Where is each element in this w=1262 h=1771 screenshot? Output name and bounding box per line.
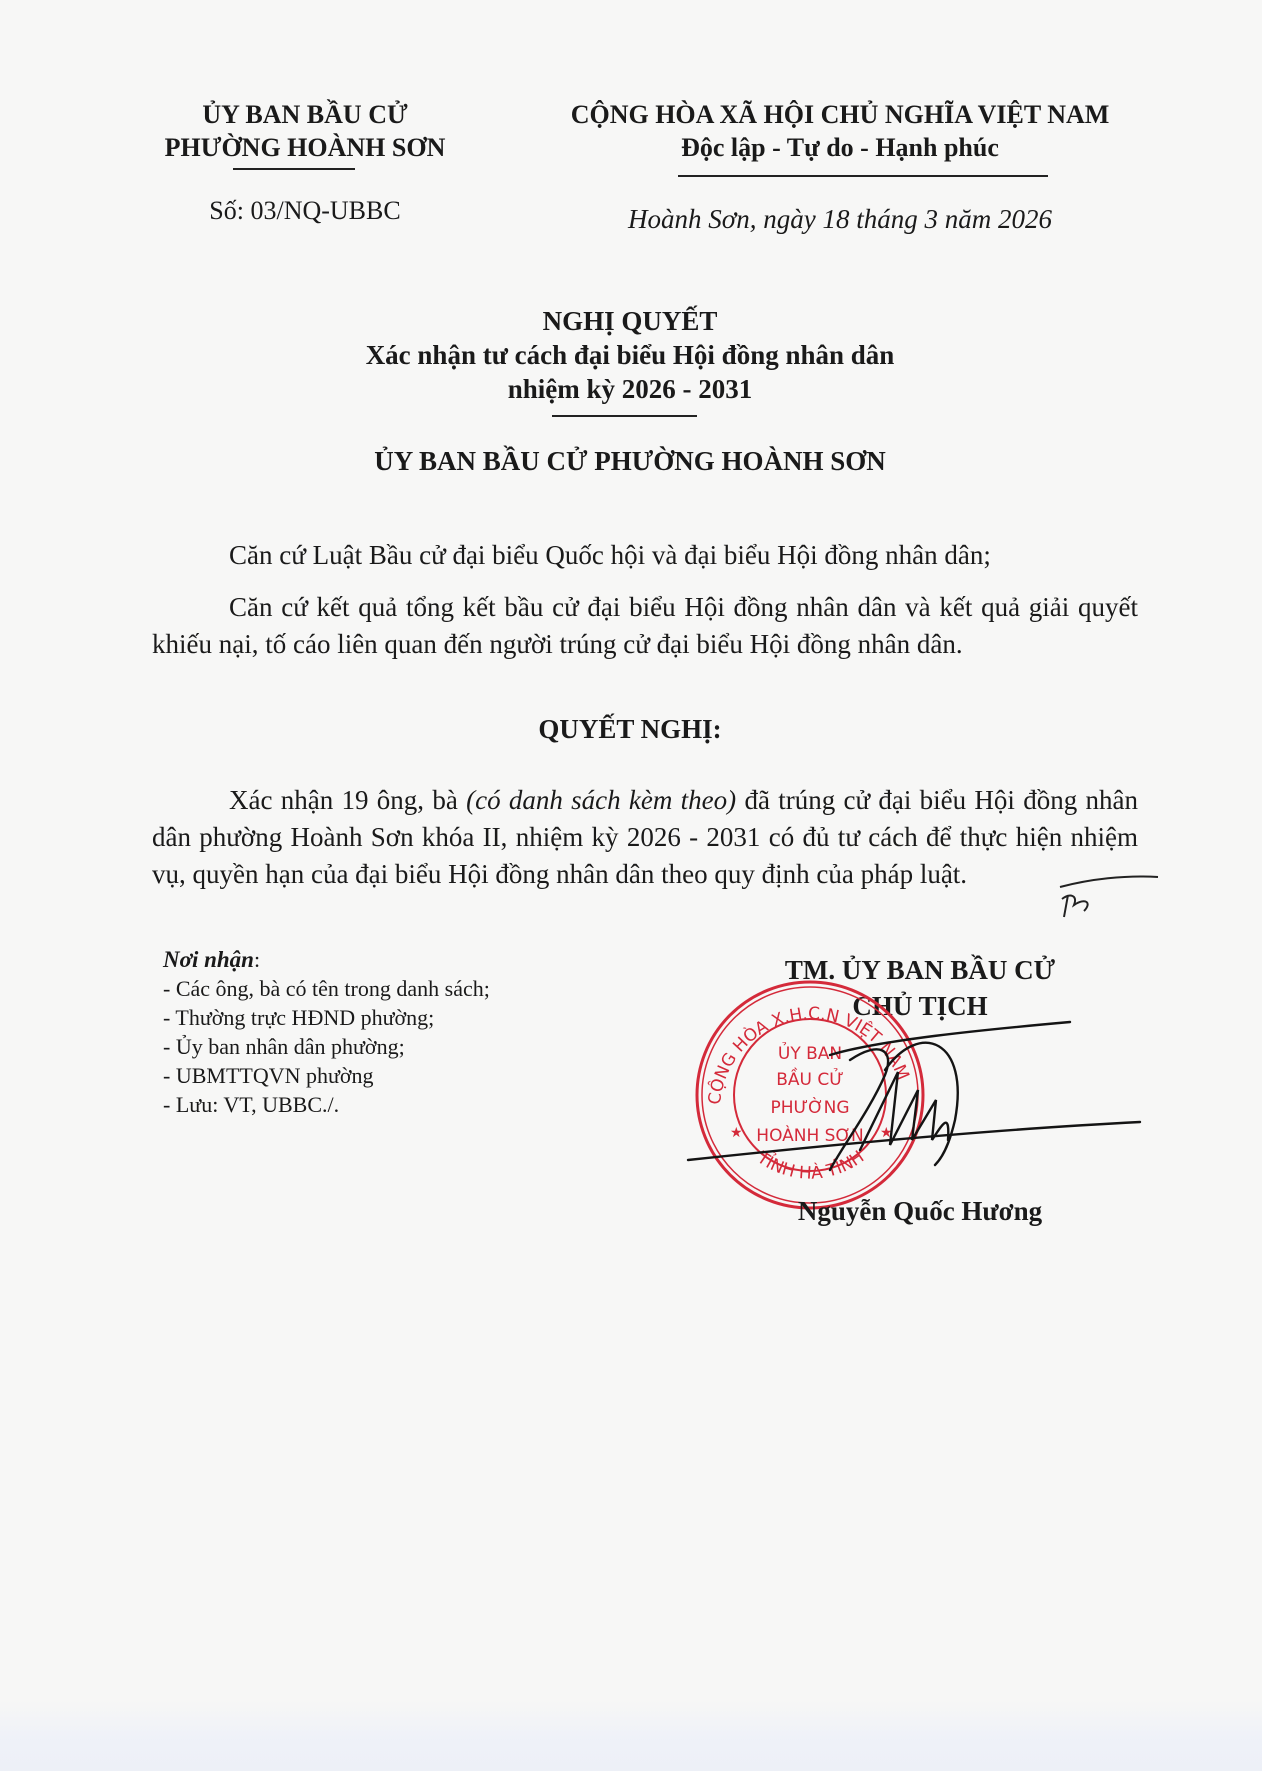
agency-header: ỦY BAN BẦU CỬ PHƯỜNG HOÀNH SƠN bbox=[140, 98, 470, 164]
recipients-title: Nơi nhận bbox=[163, 947, 254, 972]
nation-header: CỘNG HÒA XÃ HỘI CHỦ NGHĨA VIỆT NAM Độc l… bbox=[530, 98, 1150, 164]
recipient-item: - UBMTTQVN phường bbox=[163, 1061, 583, 1090]
recipient-item: - Các ông, bà có tên trong danh sách; bbox=[163, 974, 583, 1003]
document-title: NGHỊ QUYẾT Xác nhận tư cách đại biểu Hội… bbox=[300, 304, 960, 406]
decision-heading: QUYẾT NGHỊ: bbox=[300, 714, 960, 745]
agency-line-2: PHƯỜNG HOÀNH SƠN bbox=[140, 131, 470, 164]
preamble-2: Căn cứ kết quả tổng kết bầu cử đại biểu … bbox=[152, 589, 1138, 663]
recipient-item: - Thường trực HĐND phường; bbox=[163, 1003, 583, 1032]
subject-line-1: Xác nhận tư cách đại biểu Hội đồng nhân … bbox=[300, 338, 960, 372]
title-underline bbox=[552, 415, 697, 417]
recipient-item: - Ủy ban nhân dân phường; bbox=[163, 1032, 583, 1061]
recipients-colon: : bbox=[254, 947, 260, 972]
agency-underline bbox=[233, 168, 355, 170]
decision-attachment-note: (có danh sách kèm theo) bbox=[466, 785, 736, 815]
doc-type: NGHỊ QUYẾT bbox=[300, 304, 960, 338]
nation-underline bbox=[678, 175, 1048, 177]
place-date: Hoành Sơn, ngày 18 tháng 3 năm 2026 bbox=[560, 204, 1120, 235]
recipients-list: Nơi nhận: - Các ông, bà có tên trong dan… bbox=[163, 945, 583, 1119]
subject-line-2: nhiệm kỳ 2026 - 2031 bbox=[300, 372, 960, 406]
nation-line-1: CỘNG HÒA XÃ HỘI CHỦ NGHĨA VIỆT NAM bbox=[530, 98, 1150, 131]
preamble-1: Căn cứ Luật Bầu cử đại biểu Quốc hội và … bbox=[152, 537, 1138, 574]
signer-name: Nguyễn Quốc Hương bbox=[700, 1196, 1140, 1227]
decision-text: Xác nhận 19 ông, bà (có danh sách kèm th… bbox=[152, 782, 1138, 893]
decision-text-start: Xác nhận 19 ông, bà bbox=[229, 785, 466, 815]
scan-tint bbox=[0, 1700, 1262, 1771]
issuing-body: ỦY BAN BẦU CỬ PHƯỜNG HOÀNH SƠN bbox=[300, 446, 960, 477]
nation-line-2: Độc lập - Tự do - Hạnh phúc bbox=[530, 131, 1150, 164]
recipient-item: - Lưu: VT, UBBC./. bbox=[163, 1090, 583, 1119]
agency-line-1: ỦY BAN BẦU CỬ bbox=[140, 98, 470, 131]
initial-mark-icon bbox=[1040, 865, 1160, 925]
doc-number: Số: 03/NQ-UBBC bbox=[140, 196, 470, 226]
handwritten-signature-icon bbox=[680, 1000, 1150, 1200]
